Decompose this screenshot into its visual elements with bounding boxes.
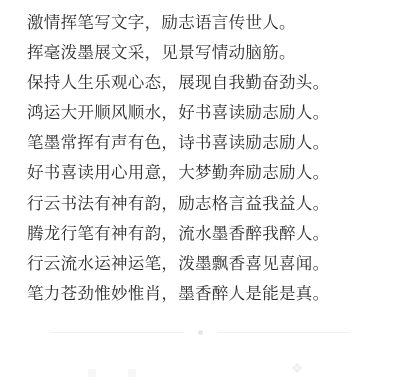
poem-line: 笔墨常挥有声有色，诗书喜读励志励人。 (27, 128, 397, 158)
poem-line: 保持人生乐观心态，展现自我勤奋劲头。 (27, 68, 397, 98)
footer-actions: ❖ (0, 360, 400, 391)
poem-line: 鸿运大开顺风顺水，好书喜读励志励人。 (27, 98, 397, 128)
poem-line: 腾龙行笔有神有韵，流水墨香醉我醉人。 (27, 219, 397, 249)
divider-dot-icon (198, 330, 203, 335)
poem-line: 行云书法有神有韵，励志格言益我益人。 (27, 189, 397, 219)
end-divider (50, 332, 350, 333)
footer-action-placeholder[interactable] (128, 369, 136, 377)
poem-line: 挥毫泼墨展文采，见景写情动脑筋。 (27, 38, 397, 68)
poem-text: 激情挥笔写文字，励志语言传世人。 挥毫泼墨展文采，见景写情动脑筋。 保持人生乐观… (27, 8, 397, 309)
divider-rule-left (50, 332, 184, 333)
poem-line: 激情挥笔写文字，励志语言传世人。 (27, 8, 397, 38)
divider-rule-right (217, 332, 351, 333)
gift-icon[interactable]: ❖ (288, 360, 306, 378)
poem-line: 好书喜读用心用意，大梦勤奔励志励人。 (27, 158, 397, 188)
poem-line: 行云流水运神运笔，泼墨飘香喜见喜闻。 (27, 249, 397, 279)
footer-action-placeholder[interactable] (88, 369, 96, 377)
poem-line: 笔力苍劲惟妙惟肖，墨香醉人是能是真。 (27, 279, 397, 309)
